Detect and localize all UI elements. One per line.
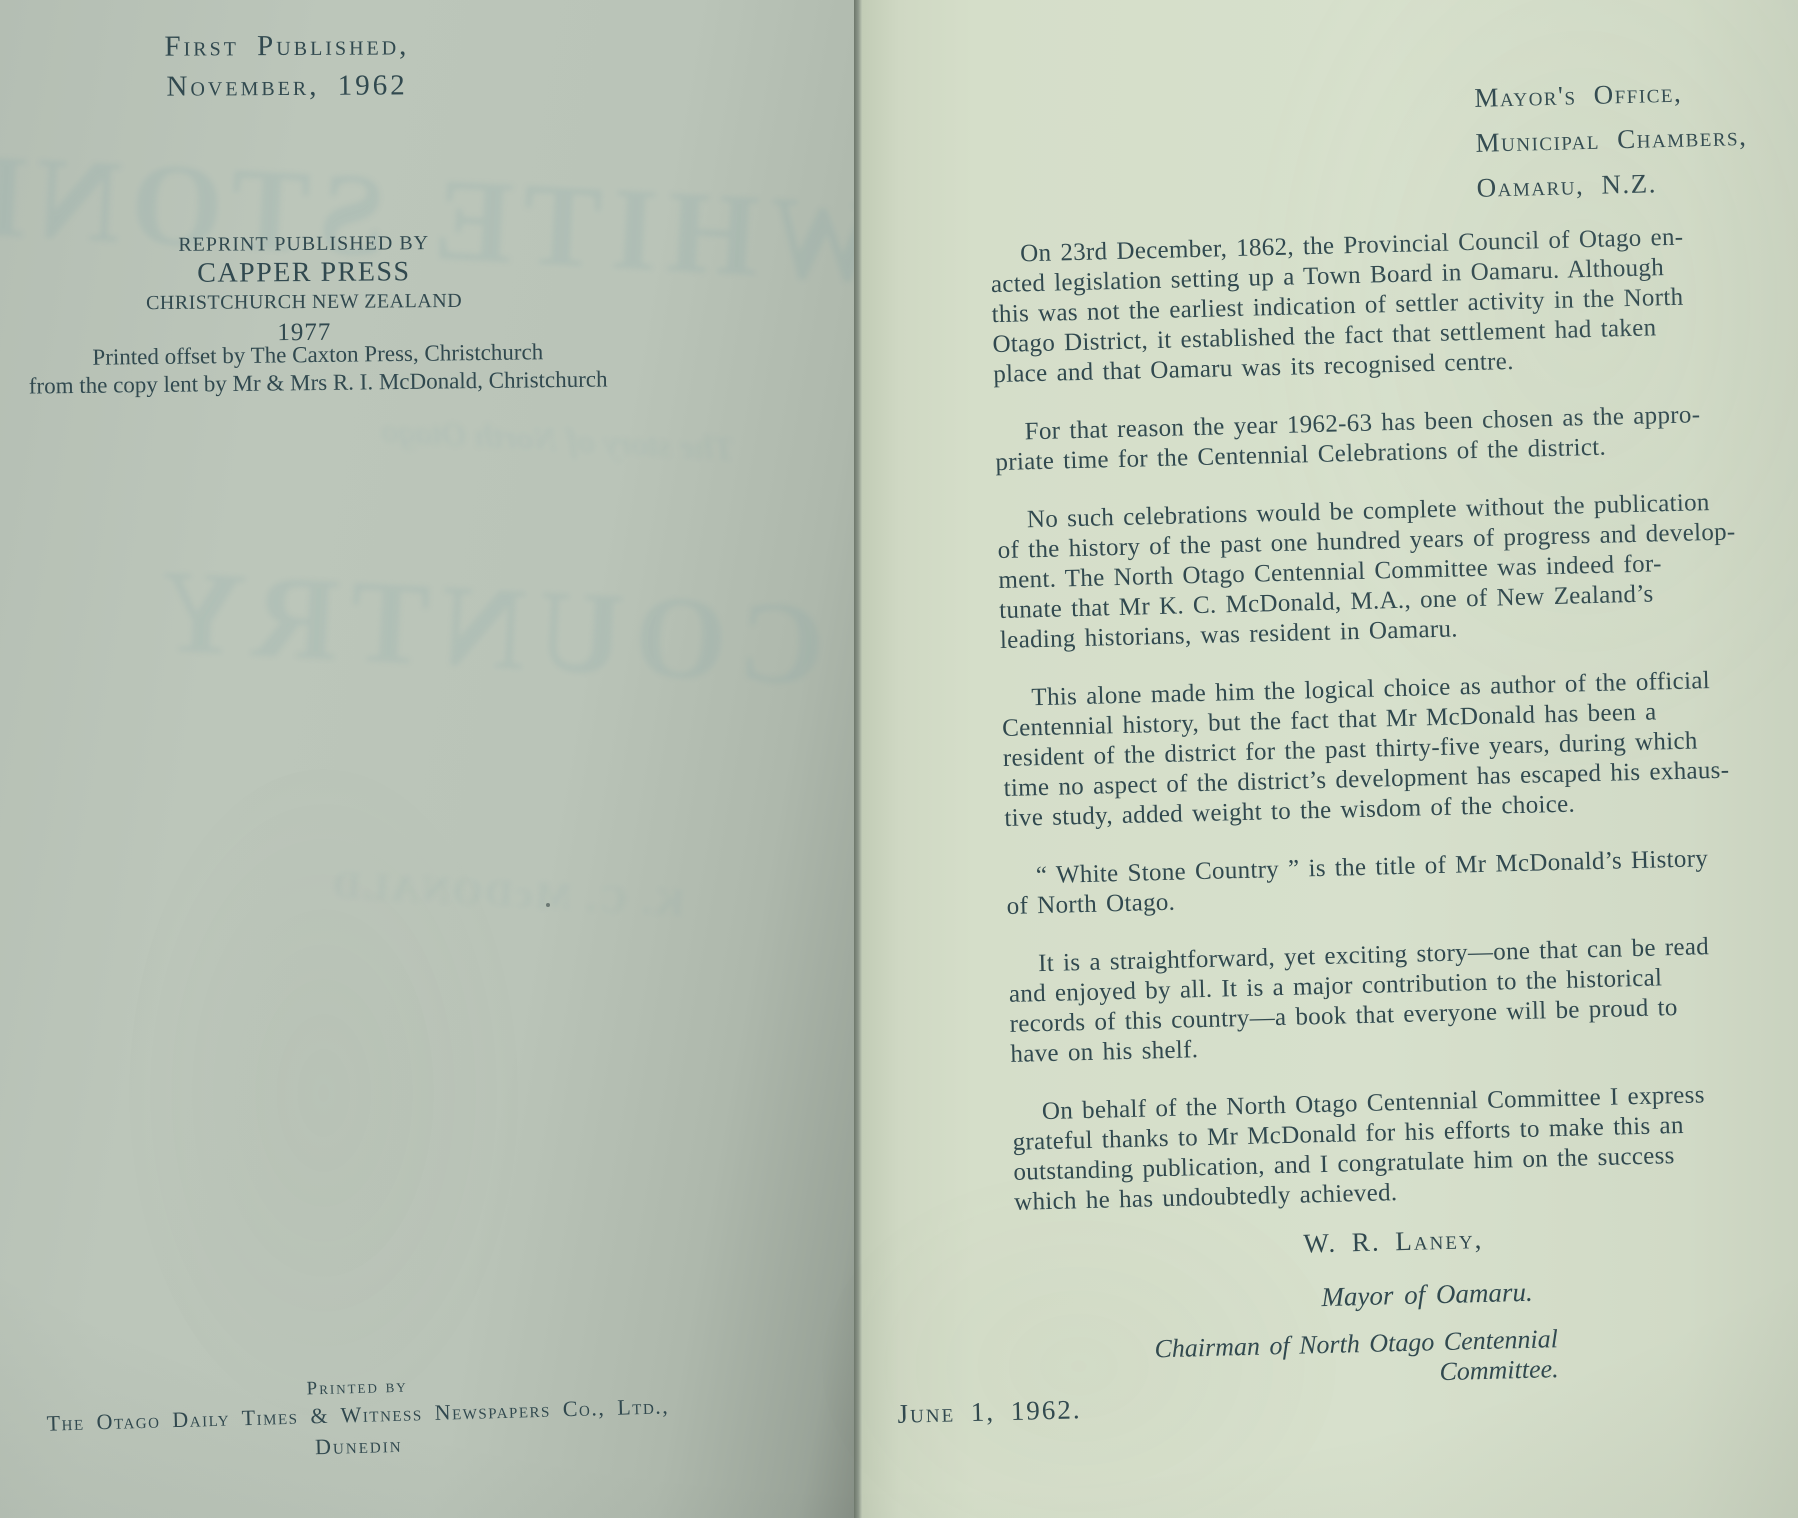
body-paragraph: On 23rd December, 1862, the Provincial C…	[990, 220, 1796, 390]
first-published-date: November, 1962	[0, 68, 574, 104]
body-paragraph: This alone made him the logical choice a…	[1001, 664, 1798, 834]
left-page: WHITE STONE The story of North Otago COU…	[0, 0, 854, 1518]
letterhead-city: Oamaru, N.Z.	[1476, 159, 1749, 211]
paper-speck	[546, 903, 550, 907]
publisher-location: CHRISTCHURCH NEW ZEALAND	[0, 290, 608, 314]
right-page-content: Mayor's Office, Municipal Chambers, Oama…	[844, 0, 1798, 1518]
show-through-title-line2: COUNTRY	[144, 542, 827, 713]
body-paragraph: It is a straightforward, yet exciting st…	[1008, 930, 1798, 1070]
date-line: June 1, 1962.	[897, 1394, 1082, 1430]
foreword-body: On 23rd December, 1862, the Provincial C…	[990, 220, 1798, 1246]
first-published-line: First Published,	[0, 28, 574, 64]
letterhead-chambers: Municipal Chambers,	[1475, 114, 1748, 166]
show-through-subtitle: The story of North Otago	[380, 413, 735, 469]
signature-role-chairman: Chairman of North Otago Centennial Commi…	[1028, 1324, 1559, 1397]
open-book-photo: WHITE STONE The story of North Otago COU…	[0, 0, 1798, 1518]
signature-role-mayor: Mayor of Oamaru.	[1176, 1277, 1533, 1317]
show-through-author: K. C. McDONALD	[329, 863, 685, 925]
reprint-publisher-block: REPRINT PUBLISHED BY CAPPER PRESS CHRIST…	[0, 232, 608, 347]
body-paragraph: On behalf of the North Otago Centennial …	[1012, 1078, 1798, 1218]
letterhead-office: Mayor's Office,	[1474, 69, 1747, 121]
body-paragraph: “ White Stone Country ” is the title of …	[1006, 842, 1798, 922]
printer-block: Printed by The Otago Daily Times & Witne…	[0, 1368, 717, 1467]
reprint-line: REPRINT PUBLISHED BY	[0, 232, 608, 256]
body-paragraph: No such celebrations would be complete w…	[997, 486, 1798, 656]
right-page: Mayor's Office, Municipal Chambers, Oama…	[862, 0, 1798, 1518]
signature-name: W. R. Laney,	[1303, 1224, 1484, 1260]
letterhead-block: Mayor's Office, Municipal Chambers, Oama…	[1474, 69, 1749, 211]
first-published-block: First Published, November, 1962	[0, 28, 574, 104]
body-paragraph: For that reason the year 1962-63 has bee…	[994, 398, 1797, 478]
publisher-name: CAPPER PRESS	[0, 257, 608, 289]
printed-offset-block: Printed offset by The Caxton Press, Chri…	[0, 337, 636, 401]
